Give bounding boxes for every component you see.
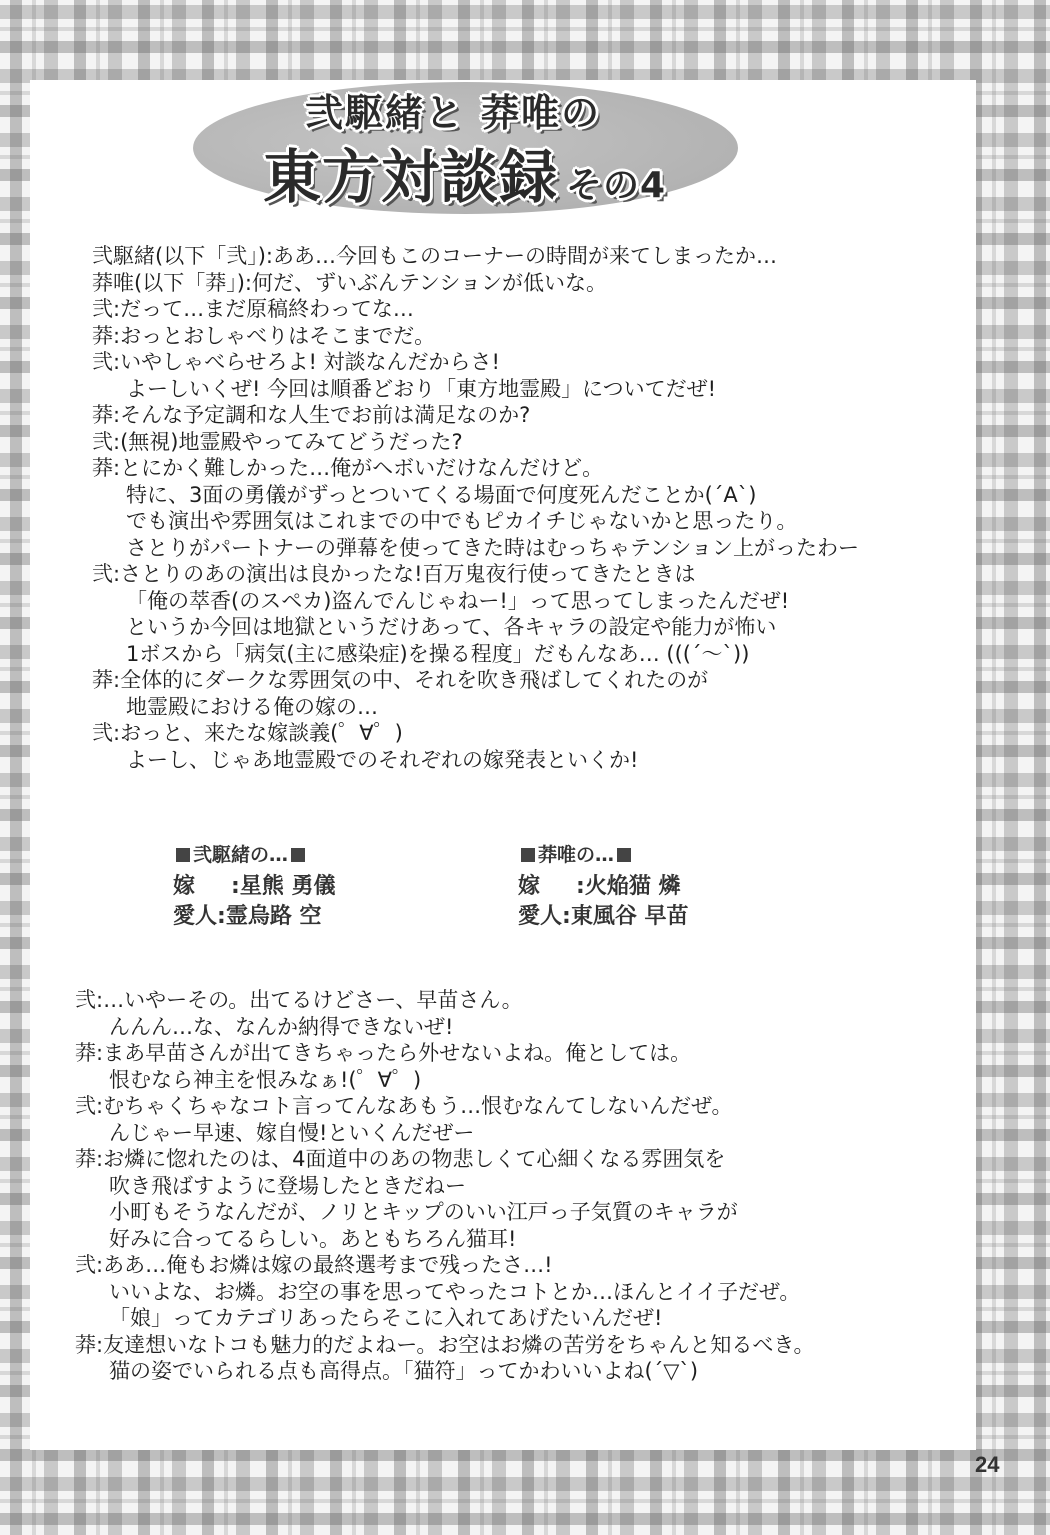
- dialogue-continuation: さとりがパートナーの弾幕を使ってきた時はむっちゃテンション上がったわー: [92, 535, 859, 562]
- dialogue-line: 弐駆緒(以下「弐」):ああ…今回もこのコーナーの時間が来てしまったか…: [92, 243, 859, 270]
- dialogue-text: ああ…今回もこのコーナーの時間が来てしまったか…: [273, 244, 777, 268]
- dialogue-continuation: でも演出や雰囲気はこれまでの中でもピカイチじゃないかと思ったり。: [92, 508, 859, 535]
- dialogue-continuation: よーし、じゃあ地霊殿でのそれぞれの嫁発表といくか!: [92, 747, 859, 774]
- dialogue-line: 莽:友達想いなトコも魅力的だよねー。お空はお燐の苦労をちゃんと知るべき。: [75, 1332, 815, 1359]
- dialogue-continuation: 「俺の萃香(のスペカ)盗んでんじゃねー!」って思ってしまったんだぜ!: [92, 588, 859, 615]
- dialogue-text: いやしゃべらせろよ! 対談なんだからさ!: [120, 350, 500, 374]
- dialogue-line: 弐:ああ…俺もお燐は嫁の最終選考まで残ったさ…!: [75, 1252, 815, 1279]
- dialogue-line: 莽唯(以下「莽」):何だ、ずいぶんテンションが低いな。: [92, 270, 859, 297]
- favorite-wife: 星熊 勇儀: [240, 874, 336, 899]
- dialogue-line: 莽:おっとおしゃべりはそこまでだ。: [92, 323, 859, 350]
- dialogue-line: 弐:だって…まだ原稿終わってな…: [92, 296, 859, 323]
- favorites-left: 弐駆緒の… 嫁:星熊 勇儀 愛人:霊烏路 空: [173, 840, 335, 932]
- dialogue-line: 莽:まあ早苗さんが出てきちゃったら外せないよね。俺としては。: [75, 1040, 815, 1067]
- dialogue-continuation: 「娘」ってカテゴリあったらそこに入れてあげたいんだぜ!: [75, 1305, 815, 1332]
- page-panel: 弐駆緒と莽唯の 東方対談録その4 弐駆緒(以下「弐」):ああ…今回もこのコーナー…: [30, 80, 976, 1450]
- title-name-2: 莽唯の: [481, 91, 601, 135]
- dialogue-line: 弐:むちゃくちゃなコト言ってんなあもう…恨むなんてしないんだぜ。: [75, 1093, 815, 1120]
- dialogue-text: 友達想いなトコも魅力的だよねー。お空はお燐の苦労をちゃんと知るべき。: [103, 1333, 814, 1357]
- dialogue-continuation: 恨むなら神主を恨みなぁ!(゜∀゜): [75, 1067, 815, 1094]
- dialogue-line: 莽:とにかく難しかった…俺がヘボいだけなんだけど。: [92, 455, 859, 482]
- dialogue-text: おっと、来たな嫁談義(゜∀゜): [120, 721, 403, 745]
- favorite-lover: 東風谷 早苗: [571, 904, 689, 929]
- favorite-lover: 霊烏路 空: [226, 904, 322, 929]
- speaker-label: 莽: [75, 1333, 96, 1357]
- favorite-wife: 火焔猫 燐: [585, 874, 681, 899]
- favorites-heading: 莽唯の…: [518, 840, 689, 870]
- title-name-1: 弐駆緒と: [305, 91, 465, 135]
- title-line-2: 東方対談録その4: [263, 130, 666, 214]
- page-number: 24: [975, 1452, 999, 1478]
- favorites-right: 莽唯の… 嫁:火焔猫 燐 愛人:東風谷 早苗: [518, 840, 689, 932]
- dialogue-text: (無視)地霊殿やってみてどうだった?: [120, 430, 463, 454]
- dialogue-continuation: 小町もそうなんだが、ノリとキップのいい江戸っ子気質のキャラが: [75, 1199, 815, 1226]
- dialogue-section-2: 弐:…いやーその。出てるけどさー、早苗さん。んんん…な、なんか納得できないぜ!莽…: [75, 987, 815, 1385]
- dialogue-continuation: いいよな、お燐。お空の事を思ってやったコトとか…ほんとイイ子だぜ。: [75, 1279, 815, 1306]
- speaker-label: 弐駆緒(以下「弐」): [92, 244, 266, 268]
- speaker-label: 莽: [92, 668, 113, 692]
- favorites-heading: 弐駆緒の…: [173, 840, 335, 870]
- speaker-label: 莽: [75, 1041, 96, 1065]
- speaker-label: 弐: [75, 988, 96, 1012]
- favorite-lover-row: 愛人:霊烏路 空: [173, 902, 335, 932]
- dialogue-continuation: んんん…な、なんか納得できないぜ!: [75, 1014, 815, 1041]
- title-line-1: 弐駆緒と莽唯の: [305, 82, 601, 137]
- dialogue-text: …いやーその。出てるけどさー、早苗さん。: [103, 988, 523, 1012]
- dialogue-text: むちゃくちゃなコト言ってんなあもう…恨むなんてしないんだぜ。: [103, 1094, 732, 1118]
- dialogue-continuation: 地霊殿における俺の嫁の…: [92, 694, 859, 721]
- favorite-lover-row: 愛人:東風谷 早苗: [518, 902, 689, 932]
- square-bullet-icon: [291, 848, 305, 862]
- dialogue-line: 弐:(無視)地霊殿やってみてどうだった?: [92, 429, 859, 456]
- dialogue-line: 莽:そんな予定調和な人生でお前は満足なのか?: [92, 402, 859, 429]
- dialogue-line: 弐:さとりのあの演出は良かったな!百万鬼夜行使ってきたときは: [92, 561, 859, 588]
- dialogue-continuation: んじゃー早速、嫁自慢!といくんだぜー: [75, 1120, 815, 1147]
- title-main: 東方対談録: [263, 143, 558, 211]
- speaker-label: 弐: [92, 562, 113, 586]
- dialogue-text: 何だ、ずいぶんテンションが低いな。: [252, 271, 607, 295]
- dialogue-line: 莽:お燐に惚れたのは、4面道中のあの物悲しくて心細くなる雰囲気を: [75, 1146, 815, 1173]
- speaker-label: 莽: [75, 1147, 96, 1171]
- dialogue-line: 莽:全体的にダークな雰囲気の中、それを吹き飛ばしてくれたのが: [92, 667, 859, 694]
- dialogue-text: さとりのあの演出は良かったな!百万鬼夜行使ってきたときは: [120, 562, 695, 586]
- speaker-label: 莽: [92, 324, 113, 348]
- favorite-wife-row: 嫁:星熊 勇儀: [173, 872, 335, 902]
- speaker-label: 莽唯(以下「莽」): [92, 271, 245, 295]
- title-suffix: その4: [566, 165, 666, 206]
- speaker-label: 弐: [92, 430, 113, 454]
- dialogue-continuation: 好みに合ってるらしい。あともちろん猫耳!: [75, 1226, 815, 1253]
- dialogue-text: ああ…俺もお燐は嫁の最終選考まで残ったさ…!: [103, 1253, 552, 1277]
- dialogue-text: おっとおしゃべりはそこまでだ。: [120, 324, 435, 348]
- dialogue-text: だって…まだ原稿終わってな…: [120, 297, 414, 321]
- dialogue-line: 弐:…いやーその。出てるけどさー、早苗さん。: [75, 987, 815, 1014]
- dialogue-continuation: よーしいくぜ! 今回は順番どおり「東方地霊殿」についてだぜ!: [92, 376, 859, 403]
- dialogue-continuation: 吹き飛ばすように登場したときだねー: [75, 1173, 815, 1200]
- dialogue-line: 弐:いやしゃべらせろよ! 対談なんだからさ!: [92, 349, 859, 376]
- speaker-label: 弐: [92, 297, 113, 321]
- speaker-label: 弐: [75, 1094, 96, 1118]
- favorite-wife-row: 嫁:火焔猫 燐: [518, 872, 689, 902]
- dialogue-text: お燐に惚れたのは、4面道中のあの物悲しくて心細くなる雰囲気を: [103, 1147, 725, 1171]
- dialogue-continuation: というか今回は地獄というだけあって、各キャラの設定や能力が怖い: [92, 614, 859, 641]
- dialogue-line: 弐:おっと、来たな嫁談義(゜∀゜): [92, 720, 859, 747]
- dialogue-text: とにかく難しかった…俺がヘボいだけなんだけど。: [120, 456, 603, 480]
- dialogue-text: 全体的にダークな雰囲気の中、それを吹き飛ばしてくれたのが: [120, 668, 708, 692]
- speaker-label: 弐: [92, 350, 113, 374]
- speaker-label: 弐: [75, 1253, 96, 1277]
- dialogue-continuation: 特に、3面の勇儀がずっとついてくる場面で何度死んだことか(´A`): [92, 482, 859, 509]
- speaker-label: 弐: [92, 721, 113, 745]
- square-bullet-icon: [176, 848, 190, 862]
- speaker-label: 莽: [92, 403, 113, 427]
- square-bullet-icon: [617, 848, 631, 862]
- dialogue-text: まあ早苗さんが出てきちゃったら外せないよね。俺としては。: [103, 1041, 691, 1065]
- speaker-label: 莽: [92, 456, 113, 480]
- dialogue-section-1: 弐駆緒(以下「弐」):ああ…今回もこのコーナーの時間が来てしまったか…莽唯(以下…: [92, 243, 859, 773]
- title-block: 弐駆緒と莽唯の 東方対談録その4: [193, 82, 793, 222]
- dialogue-text: そんな予定調和な人生でお前は満足なのか?: [120, 403, 530, 427]
- dialogue-continuation: 1ボスから「病気(主に感染症)を操る程度」だもんなあ… (((´～`)): [92, 641, 859, 668]
- square-bullet-icon: [521, 848, 535, 862]
- dialogue-continuation: 猫の姿でいられる点も高得点。「猫符」ってかわいいよね(´▽`): [75, 1358, 815, 1385]
